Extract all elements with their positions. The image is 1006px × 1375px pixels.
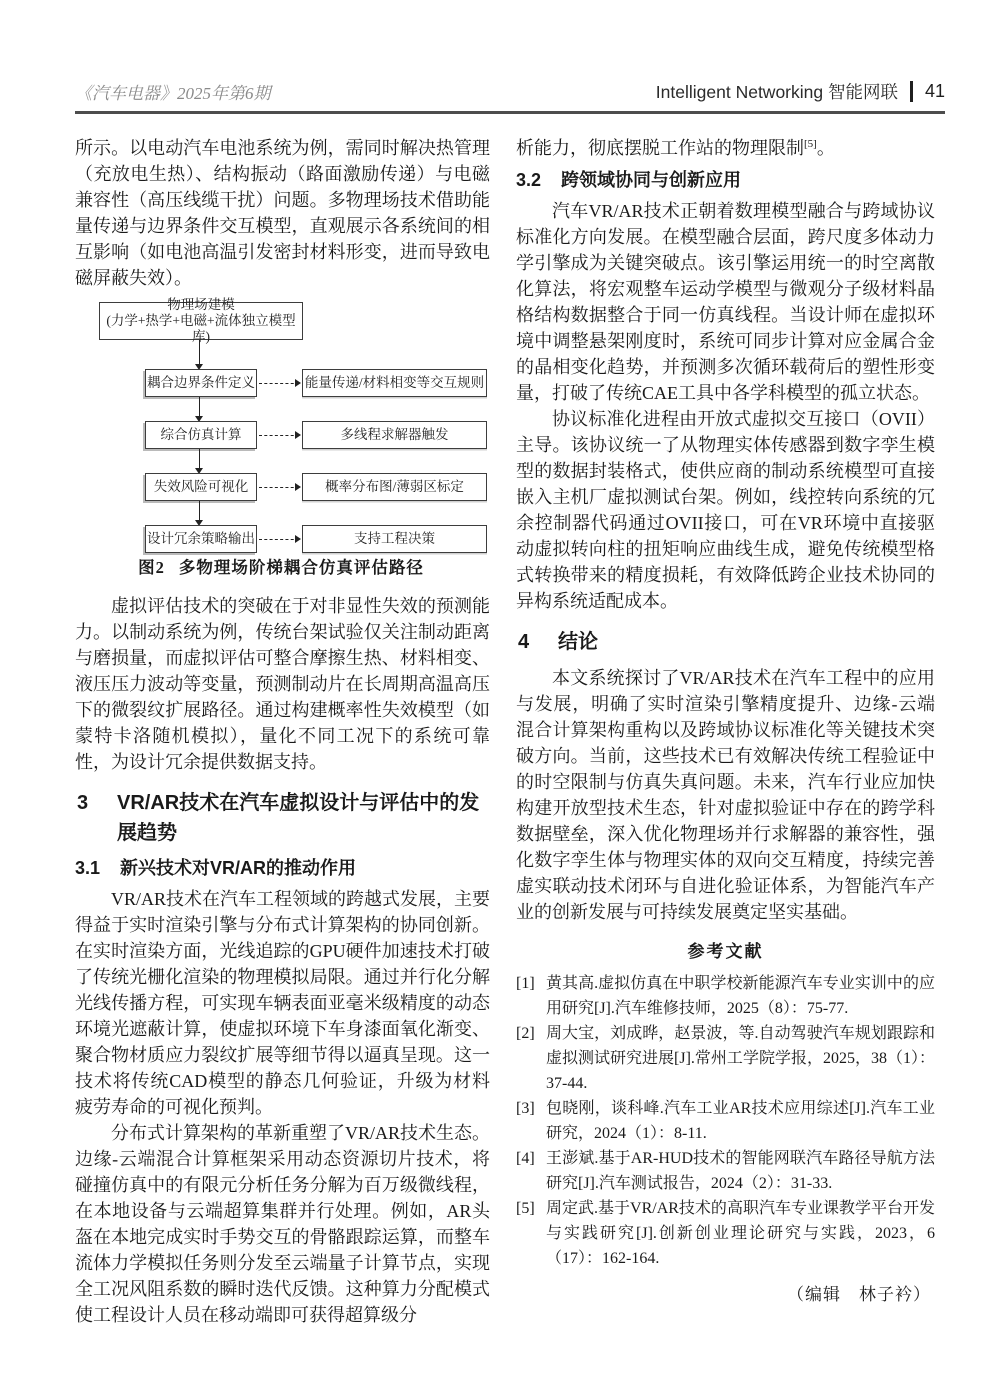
figure-2-caption-label: 图2 — [138, 558, 165, 577]
running-head-right: Intelligent Networking 智能网联 41 — [656, 79, 945, 104]
flow-arrow-down-3 — [199, 449, 200, 469]
paragraph-3-1-distributed: 分布式计算架构的革新重塑了VR/AR技术生态。边缘-云端混合计算框架采用动态资源… — [75, 1120, 490, 1328]
flow-arrow-down-2 — [199, 397, 200, 417]
section-4-title: 结论 — [558, 631, 598, 653]
reference-label-4: [4] — [516, 1146, 535, 1171]
flow-arrow-dashed-4 — [259, 539, 299, 540]
running-head: 《汽车电器》2025年第6期 Intelligent Networking 智能… — [75, 78, 945, 104]
header-divider-bar — [910, 81, 913, 102]
references-heading: 参考文献 — [516, 937, 935, 962]
editor-note: （编辑 林子衿） — [516, 1280, 935, 1305]
paragraph-3-2-protocol: 协议标准化进程由开放式虚拟交互接口（OVII）主导。该协议统一了从物理实体传感器… — [516, 406, 935, 614]
flow-arrow-dashed-2 — [259, 435, 299, 436]
flowchart-box-simulation: 综合仿真计算 — [145, 421, 257, 449]
section-3-2-number: 3.2 — [516, 170, 541, 190]
reference-text-5: 周定武.基于VR/AR技术的高职汽车专业课教学平台开发与实践研究[J].创新创业… — [546, 1200, 935, 1267]
flowchart-box-physics-modeling: 物理场建模 (力学+热学+电磁+流体独立模型库) — [99, 302, 303, 340]
header-rule — [75, 111, 945, 114]
reference-text-3: 包晓刚，谈科峰.汽车工业AR技术应用综述[J].汽车工业研究，2024（1）：8… — [546, 1100, 935, 1142]
section-3-1-heading: 3.1 新兴技术对VR/AR的推动作用 — [75, 856, 490, 881]
flow-arrow-dashed-1 — [259, 383, 299, 384]
paragraph-conclusion: 本文系统探讨了VR/AR技术在汽车工程中的应用与发展，明确了实时渲染引擎精度提升… — [516, 665, 935, 925]
reference-item-1: [1] 黄其高.虚拟仿真在中职学校新能源汽车专业实训中的应用研究[J].汽车维修… — [516, 971, 935, 1021]
figure-2-caption-text: 多物理场阶梯耦合仿真评估路径 — [179, 558, 424, 577]
reference-text-2: 周大宝，刘成晔，赵景波，等.自动驾驶汽车规划跟踪和虚拟测试研究进展[J].常州工… — [546, 1025, 935, 1092]
continuation-text: 析能力，彻底摆脱工作站的物理限制 — [516, 138, 804, 158]
reference-item-5: [5] 周定武.基于VR/AR技术的高职汽车专业课教学平台开发与实践研究[J].… — [516, 1196, 935, 1271]
reference-text-1: 黄其高.虚拟仿真在中职学校新能源汽车专业实训中的应用研究[J].汽车维修技师，2… — [546, 975, 935, 1017]
section-4-number: 4 — [518, 627, 529, 657]
flowchart-box-energy-rules: 能量传递/材料相变等交互规则 — [302, 369, 487, 397]
flow-arrow-down-1 — [199, 340, 200, 365]
section-3-title: VR/AR技术在汽车虚拟设计与评估中的发展趋势 — [117, 792, 479, 844]
section-3-1-number: 3.1 — [75, 858, 100, 878]
flowchart-box-top-line2: (力学+热学+电磁+流体独立模型库) — [100, 313, 302, 345]
two-column-body: 所示。以电动汽车电池系统为例，需同时解决热管理（充放电生热）、结构振动（路面激励… — [75, 135, 945, 1328]
flow-arrow-down-4 — [199, 501, 200, 521]
section-3-2-title: 跨领域协同与创新应用 — [561, 170, 741, 190]
section-3-number: 3 — [77, 788, 88, 818]
flowchart-box-coupling-boundary: 耦合边界条件定义 — [145, 369, 257, 397]
reference-item-3: [3] 包晓刚，谈科峰.汽车工业AR技术应用综述[J].汽车工业研究，2024（… — [516, 1096, 935, 1146]
left-column: 所示。以电动汽车电池系统为例，需同时解决热管理（充放电生热）、结构振动（路面激励… — [75, 135, 490, 1328]
reference-item-4: [4] 王澎斌.基于AR-HUD技术的智能网联汽车路径导航方法研究[J].汽车测… — [516, 1146, 935, 1196]
figure-2-flowchart: 物理场建模 (力学+热学+电磁+流体独立模型库) 耦合边界条件定义 能量传递/材… — [75, 302, 487, 582]
footnote-marker-5: [5] — [804, 138, 817, 150]
figure-2-caption: 图2多物理场阶梯耦合仿真评估路径 — [75, 554, 487, 578]
flowchart-box-probability-map: 概率分布图/薄弱区标定 — [302, 473, 487, 501]
paragraph-3-2-model-fusion: 汽车VR/AR技术正朝着数理模型融合与跨域协议标准化方向发展。在模型融合层面，跨… — [516, 198, 935, 406]
journal-issue-info: 《汽车电器》2025年第6期 — [75, 79, 271, 104]
page-number: 41 — [925, 81, 945, 102]
paper-page: 《汽车电器》2025年第6期 Intelligent Networking 智能… — [0, 0, 1006, 1375]
reference-label-2: [2] — [516, 1021, 535, 1046]
flowchart-box-top-line1: 物理场建模 — [167, 297, 235, 313]
flowchart-box-engineering-decision: 支持工程决策 — [302, 525, 487, 553]
flowchart-box-risk-visualization: 失效风险可视化 — [145, 473, 257, 501]
section-4-heading: 4 结论 — [516, 627, 935, 657]
paragraph-3-1-rendering: VR/AR技术在汽车工程领域的跨越式发展，主要得益于实时渲染引擎与分布式计算架构… — [75, 886, 490, 1120]
flowchart-box-redundancy-output: 设计冗余策略输出 — [145, 525, 257, 553]
reference-item-2: [2] 周大宝，刘成晔，赵景波，等.自动驾驶汽车规划跟踪和虚拟测试研究进展[J]… — [516, 1021, 935, 1096]
reference-label-5: [5] — [516, 1196, 535, 1221]
flowchart-box-multithread-solver: 多线程求解器触发 — [302, 421, 487, 449]
section-3-heading: 3 VR/AR技术在汽车虚拟设计与评估中的发展趋势 — [75, 788, 490, 848]
reference-text-4: 王澎斌.基于AR-HUD技术的智能网联汽车路径导航方法研究[J].汽车测试报告，… — [546, 1150, 935, 1192]
paragraph-continuation: 所示。以电动汽车电池系统为例，需同时解决热管理（充放电生热）、结构振动（路面激励… — [75, 135, 490, 291]
flow-arrow-dashed-3 — [259, 487, 299, 488]
paragraph-continuation-right: 析能力，彻底摆脱工作站的物理限制[5]。 — [516, 135, 935, 161]
section-3-2-heading: 3.2 跨领域协同与创新应用 — [516, 168, 935, 193]
reference-label-3: [3] — [516, 1096, 535, 1121]
section-3-1-title: 新兴技术对VR/AR的推动作用 — [120, 858, 356, 878]
paragraph-virtual-evaluation: 虚拟评估技术的突破在于对非显性失效的预测能力。以制动系统为例，传统台架试验仅关注… — [75, 593, 490, 775]
right-column: 析能力，彻底摆脱工作站的物理限制[5]。 3.2 跨领域协同与创新应用 汽车VR… — [516, 135, 935, 1328]
column-title: Intelligent Networking 智能网联 — [656, 79, 898, 104]
continuation-period: 。 — [817, 138, 835, 158]
reference-label-1: [1] — [516, 971, 535, 996]
